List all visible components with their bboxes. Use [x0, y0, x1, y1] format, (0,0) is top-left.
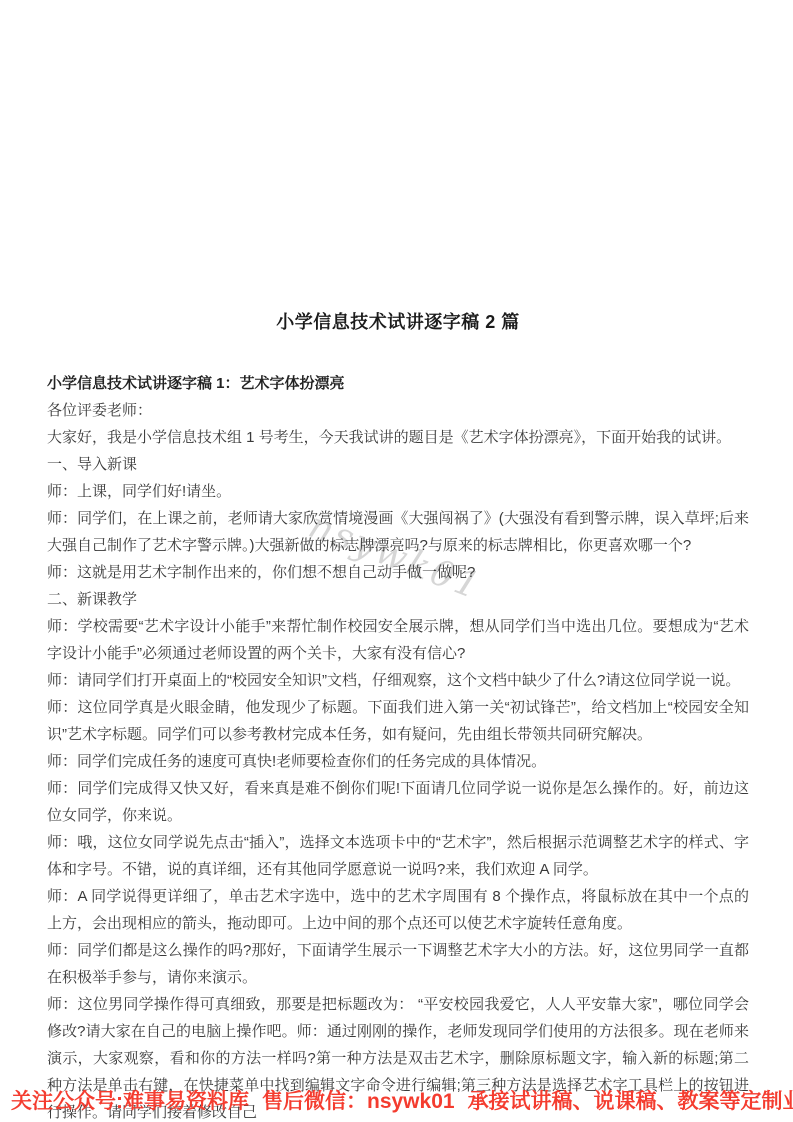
paragraph: 二、新课教学: [47, 586, 749, 613]
paragraph: 师：这位同学真是火眼金睛，他发现少了标题。下面我们进入第一关“初试锋芒”，给文档…: [47, 694, 749, 748]
paragraph: 师：哦，这位女同学说先点击“插入”，选择文本选项卡中的“艺术字”，然后根据示范调…: [47, 829, 749, 883]
document-title: 小学信息技术试讲逐字稿 2 篇: [47, 308, 749, 336]
paragraph: 师：同学们完成得又快又好，看来真是难不倒你们呢!下面请几位同学说一说你是怎么操作…: [47, 775, 749, 829]
paragraph: 师：上课，同学们好!请坐。: [47, 478, 749, 505]
footer-promo: 关注公众号:难事易资料库 售后微信：nsywk01 承接试讲稿、说课稿、教案等定…: [11, 1089, 793, 1115]
paragraph: 大家好，我是小学信息技术组 1 号考生，今天我试讲的题目是《艺术字体扮漂亮》，下…: [47, 424, 749, 451]
section-heading: 小学信息技术试讲逐字稿 1：艺术字体扮漂亮: [47, 370, 749, 397]
paragraph: 师：A 同学说得更详细了，单击艺术字选中，选中的艺术字周围有 8 个操作点，将鼠…: [47, 883, 749, 937]
paragraph: 师：这就是用艺术字制作出来的，你们想不想自己动手做一做呢?: [47, 559, 749, 586]
paragraph: 师：同学们，在上课之前，老师请大家欣赏情境漫画《大强闯祸了》(大强没有看到警示牌…: [47, 505, 749, 559]
paragraph: 一、导入新课: [47, 451, 749, 478]
paragraph: 各位评委老师：: [47, 397, 749, 424]
footer-services: 承接试讲稿、说课稿、教案等定制业务: [468, 1089, 793, 1115]
paragraph: 师：学校需要“艺术字设计小能手”来帮忙制作校园安全展示牌，想从同学们当中选出几位…: [47, 613, 749, 667]
footer-followus: 关注公众号:难事易资料库: [11, 1089, 249, 1115]
paragraph: 师：同学们完成任务的速度可真快!老师要检查你们的任务完成的具体情况。: [47, 748, 749, 775]
paragraph: 师：同学们都是这么操作的吗?那好，下面请学生展示一下调整艺术字大小的方法。好，这…: [47, 937, 749, 991]
document-page: nsywk01 小学信息技术试讲逐字稿 2 篇 小学信息技术试讲逐字稿 1：艺术…: [0, 0, 793, 1122]
footer-wechat: 售后微信：nsywk01: [262, 1089, 455, 1115]
paragraph: 师：请同学们打开桌面上的“校园安全知识”文档，仔细观察，这个文档中缺少了什么?请…: [47, 667, 749, 694]
document-content: 小学信息技术试讲逐字稿 2 篇 小学信息技术试讲逐字稿 1：艺术字体扮漂亮 各位…: [47, 308, 749, 1122]
